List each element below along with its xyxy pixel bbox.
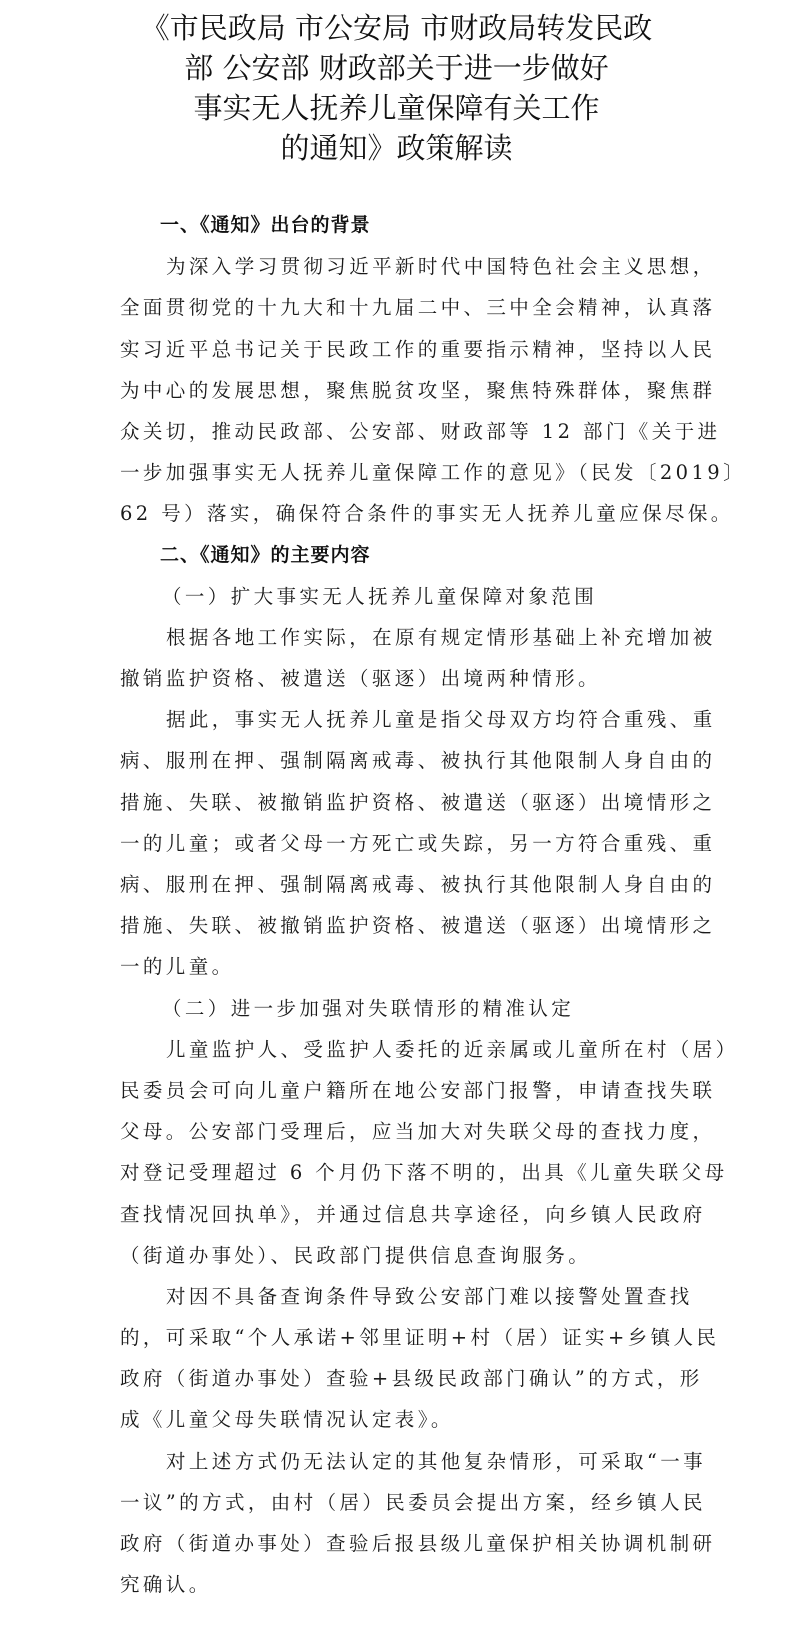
text-line: 成《儿童父母失联情况认定表》。 <box>120 1399 676 1440</box>
text-line: 对登记受理超过 6 个月仍下落不明的，出具《儿童失联父母 <box>120 1152 676 1193</box>
text-line: 病、服刑在押、强制隔离戒毒、被执行其他限制人身自由的 <box>120 864 676 905</box>
text-line: 查找情况回执单》，并通过信息共享途径，向乡镇人民政府 <box>120 1194 676 1235</box>
text-line: 儿童监护人、受监护人委托的近亲属或儿童所在村（居） <box>120 1029 676 1070</box>
text-line: 为中心的发展思想，聚焦脱贫攻坚，聚焦特殊群体，聚焦群 <box>120 370 676 411</box>
text-line: 政府（街道办事处）查验后报县级儿童保护相关协调机制研 <box>120 1523 676 1564</box>
text-line: 众关切，推动民政部、公安部、财政部等 12 部门《关于进 <box>120 411 676 452</box>
title-line: 部 公安部 财政部关于进一步做好 <box>0 48 793 88</box>
text-line: 为深入学习贯彻习近平新时代中国特色社会主义思想， <box>120 246 676 287</box>
paragraph: 对因不具备查询条件导致公安部门难以接警处置查找 的，可采取“个人承诺+邻里证明+… <box>120 1276 676 1441</box>
paragraph: 为深入学习贯彻习近平新时代中国特色社会主义思想， 全面贯彻党的十九大和十九届二中… <box>120 246 676 534</box>
paragraph: 对上述方式仍无法认定的其他复杂情形，可采取“一事 一议”的方式，由村（居）民委员… <box>120 1441 676 1606</box>
document-body: 一、《通知》出台的背景 为深入学习贯彻习近平新时代中国特色社会主义思想， 全面贯… <box>120 205 676 1605</box>
text-line: 62 号）落实，确保符合条件的事实无人抚养儿童应保尽保。 <box>120 493 676 534</box>
text-line: 对上述方式仍无法认定的其他复杂情形，可采取“一事 <box>120 1441 676 1482</box>
text-line: 撤销监护资格、被遣送（驱逐）出境两种情形。 <box>120 658 676 699</box>
text-line: 措施、失联、被撤销监护资格、被遣送（驱逐）出境情形之 <box>120 782 676 823</box>
text-line: 一的儿童。 <box>120 946 676 987</box>
text-line: 究确认。 <box>120 1564 676 1605</box>
text-line: 实习近平总书记关于民政工作的重要指示精神，坚持以人民 <box>120 329 676 370</box>
text-line: 措施、失联、被撤销监护资格、被遣送（驱逐）出境情形之 <box>120 905 676 946</box>
text-line: 的，可采取“个人承诺+邻里证明+村（居）证实+乡镇人民 <box>120 1317 676 1358</box>
paragraph: 儿童监护人、受监护人委托的近亲属或儿童所在村（居） 民委员会可向儿童户籍所在地公… <box>120 1029 676 1276</box>
text-line: 一议”的方式，由村（居）民委员会提出方案，经乡镇人民 <box>120 1482 676 1523</box>
text-line: 对因不具备查询条件导致公安部门难以接警处置查找 <box>120 1276 676 1317</box>
paragraph: 据此，事实无人抚养儿童是指父母双方均符合重残、重 病、服刑在押、强制隔离戒毒、被… <box>120 699 676 987</box>
document-title: 《市民政局 市公安局 市财政局转发民政 部 公安部 财政部关于进一步做好 事实无… <box>0 8 793 168</box>
text-line: 一的儿童；或者父母一方死亡或失踪，另一方符合重残、重 <box>120 823 676 864</box>
section-heading: 一、《通知》出台的背景 <box>120 205 676 246</box>
title-line: 事实无人抚养儿童保障有关工作 <box>0 88 793 128</box>
text-line: （街道办事处）、民政部门提供信息查询服务。 <box>120 1235 676 1276</box>
title-line: 《市民政局 市公安局 市财政局转发民政 <box>0 8 793 48</box>
text-line: 据此，事实无人抚养儿童是指父母双方均符合重残、重 <box>120 699 676 740</box>
text-line: 根据各地工作实际，在原有规定情形基础上补充增加被 <box>120 617 676 658</box>
text-line: 病、服刑在押、强制隔离戒毒、被执行其他限制人身自由的 <box>120 740 676 781</box>
paragraph: 根据各地工作实际，在原有规定情形基础上补充增加被 撤销监护资格、被遣送（驱逐）出… <box>120 617 676 699</box>
title-line: 的通知》政策解读 <box>0 128 793 168</box>
subsection-heading: （一）扩大事实无人抚养儿童保障对象范围 <box>120 576 676 617</box>
text-line: 政府（街道办事处）查验+县级民政部门确认”的方式，形 <box>120 1358 676 1399</box>
text-line: 民委员会可向儿童户籍所在地公安部门报警，申请查找失联 <box>120 1070 676 1111</box>
text-line: 一步加强事实无人抚养儿童保障工作的意见》（民发〔2019〕 <box>120 452 676 493</box>
section-heading: 二、《通知》的主要内容 <box>120 535 676 576</box>
text-line: 父母。公安部门受理后，应当加大对失联父母的查找力度， <box>120 1111 676 1152</box>
text-line: 全面贯彻党的十九大和十九届二中、三中全会精神，认真落 <box>120 287 676 328</box>
subsection-heading: （二）进一步加强对失联情形的精准认定 <box>120 988 676 1029</box>
